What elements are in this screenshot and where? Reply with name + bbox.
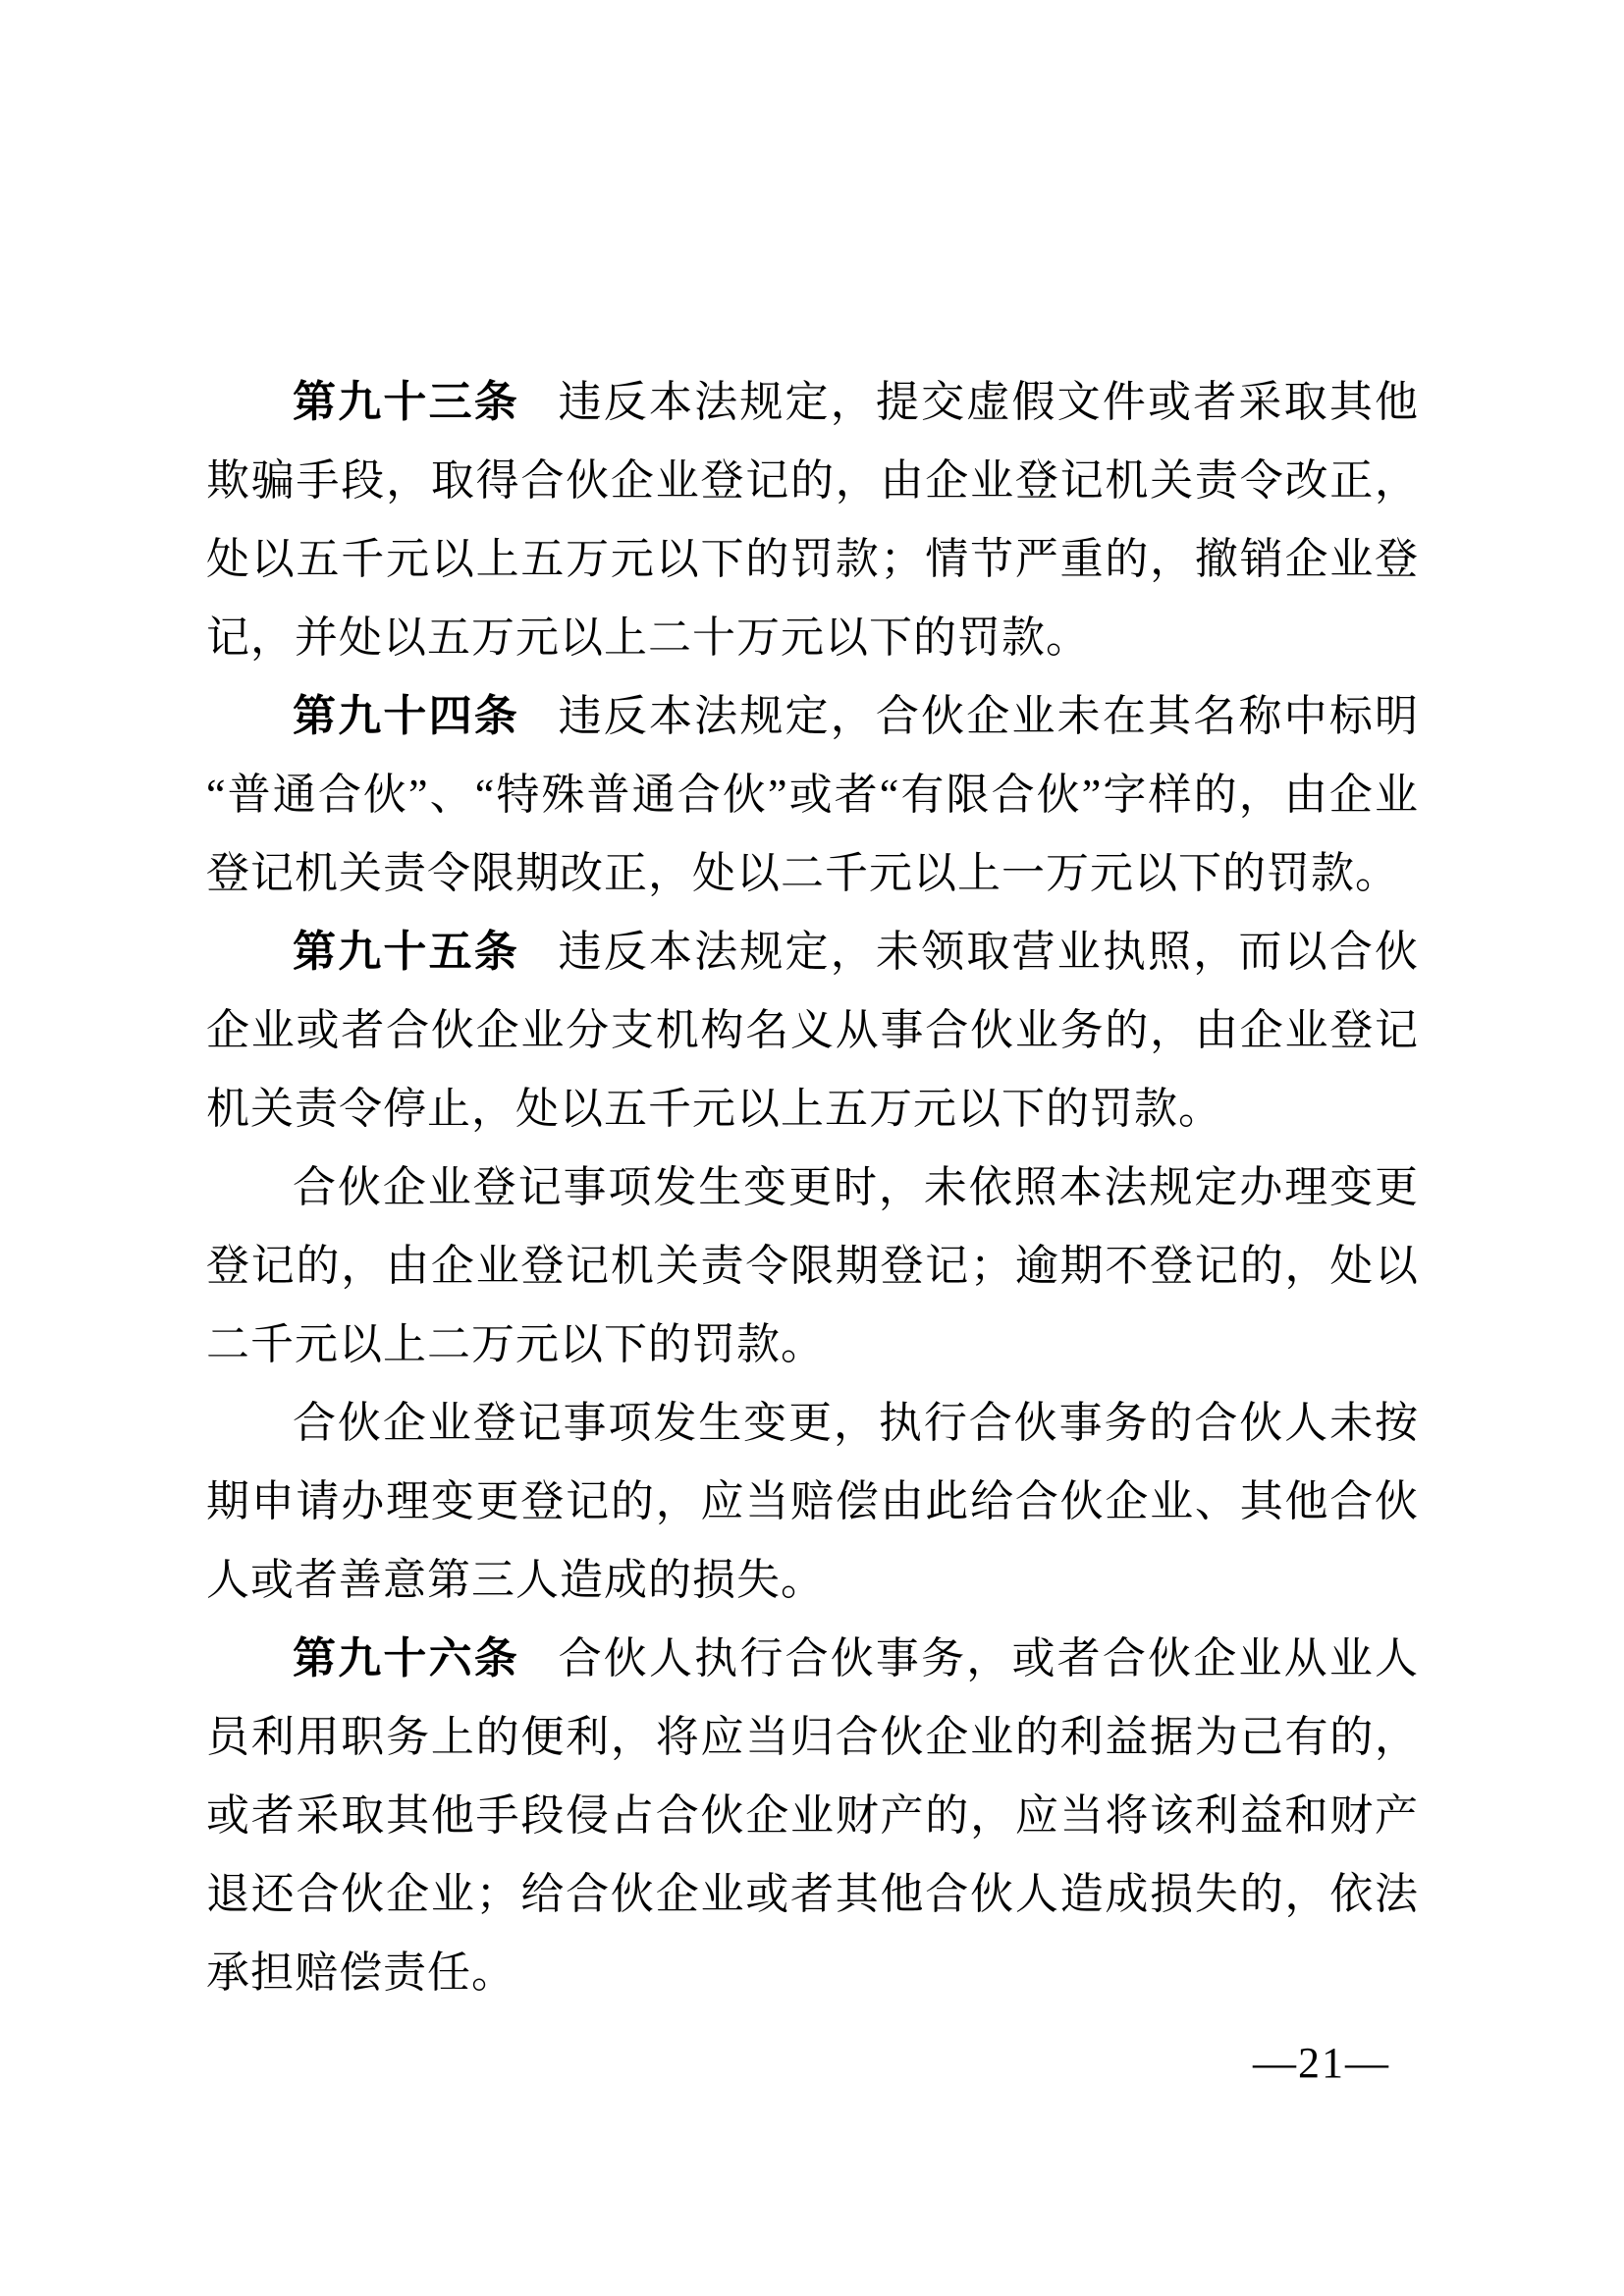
article-number: 第九十六条 — [293, 1634, 519, 1682]
document-page: 第九十三条违反本法规定，提交虚假文件或者采取其他欺骗手段，取得合伙企业登记的，由… — [0, 0, 1624, 2296]
page-number: —21— — [1253, 2034, 1390, 2093]
article-text: 合伙人执行合伙事务，或者合伙企业从业人员利用职务上的便利，将应当归合伙企业的利益… — [206, 1634, 1419, 1997]
law-article-paragraph: 第九十四条违反本法规定，合伙企业未在其名称中标明“普通合伙”、“特殊普通合伙”或… — [206, 677, 1419, 913]
law-article-paragraph: 合伙企业登记事项发生变更时，未依照本法规定办理变更登记的，由企业登记机关责令限期… — [206, 1148, 1419, 1384]
document-body: 第九十三条违反本法规定，提交虚假文件或者采取其他欺骗手段，取得合伙企业登记的，由… — [206, 363, 1419, 2012]
law-article-paragraph: 合伙企业登记事项发生变更，执行合伙事务的合伙人未按期申请办理变更登记的，应当赔偿… — [206, 1384, 1419, 1620]
law-article-paragraph: 第九十三条违反本法规定，提交虚假文件或者采取其他欺骗手段，取得合伙企业登记的，由… — [206, 363, 1419, 677]
article-text: 合伙企业登记事项发生变更时，未依照本法规定办理变更登记的，由企业登记机关责令限期… — [206, 1163, 1419, 1368]
law-article-paragraph: 第九十六条合伙人执行合伙事务，或者合伙企业从业人员利用职务上的便利，将应当归合伙… — [206, 1620, 1419, 2012]
law-article-paragraph: 第九十五条违反本法规定，未领取营业执照，而以合伙企业或者合伙企业分支机构名义从事… — [206, 913, 1419, 1148]
article-number: 第九十三条 — [293, 378, 519, 426]
article-number: 第九十四条 — [293, 692, 519, 740]
article-text: 合伙企业登记事项发生变更，执行合伙事务的合伙人未按期申请办理变更登记的，应当赔偿… — [206, 1399, 1419, 1604]
article-number: 第九十五条 — [293, 928, 519, 976]
